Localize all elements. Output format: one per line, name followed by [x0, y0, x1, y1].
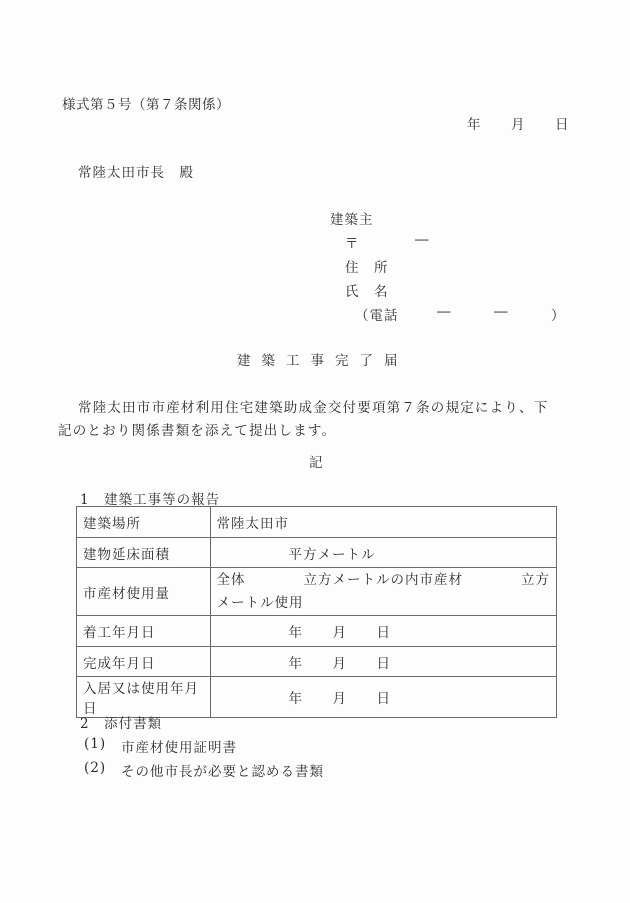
date-year: 年 — [467, 113, 481, 133]
row-value: 平方メートル — [210, 538, 557, 568]
postal-mark: 〒 — [345, 232, 359, 252]
date-day: 日 — [377, 687, 392, 707]
row-label: 完成年月日 — [77, 647, 211, 677]
row-date: 年月日 — [210, 647, 557, 677]
date-year: 年 — [289, 652, 333, 672]
table-row: 市産材使用量 全体 立方メートルの内市産材 立方メートル使用 — [77, 568, 557, 616]
row-date: 年月日 — [210, 616, 557, 647]
attachment-text: 市産材使用証明書 — [121, 736, 237, 756]
date-month: 月 — [333, 687, 377, 707]
table-row: 完成年月日 年月日 — [77, 647, 557, 677]
postal-dash: ― — [415, 232, 429, 248]
report-table: 建築場所 常陸太田市 建物延床面積 平方メートル 市産材使用量 全体 立方メート… — [76, 506, 557, 718]
date-year: 年 — [289, 621, 333, 641]
ki-heading: 記 — [309, 451, 323, 471]
phone-dash-2: ― — [494, 304, 508, 320]
table-row: 建物延床面積 平方メートル — [77, 538, 557, 568]
row-label: 建築場所 — [77, 507, 211, 538]
attachment-text: その他市長が必要と認める書類 — [121, 760, 324, 780]
date-month: 月 — [333, 652, 377, 672]
date-day: 日 — [377, 652, 392, 672]
phone-open: （電話 — [355, 304, 399, 324]
addressee: 常陸太田市長 殿 — [78, 161, 194, 181]
document-title: 建築工事完了届 — [237, 349, 409, 369]
applicant-heading: 建築主 — [330, 208, 374, 228]
attachment-num: (2) — [84, 760, 106, 776]
section1-heading: 1 建築工事等の報告 — [80, 488, 220, 508]
date-day: 日 — [555, 113, 569, 133]
row-date: 年月日 — [210, 677, 557, 718]
section2-heading: 2 添付書類 — [80, 712, 162, 732]
row-label: 市産材使用量 — [77, 568, 211, 616]
date-day: 日 — [377, 621, 392, 641]
phone-close: ） — [551, 304, 565, 324]
phone-dash-1: ― — [437, 304, 451, 320]
date-month: 月 — [511, 113, 525, 133]
table-row: 建築場所 常陸太田市 — [77, 507, 557, 538]
row-label: 着工年月日 — [77, 616, 211, 647]
table-row: 着工年月日 年月日 — [77, 616, 557, 647]
row-value: 全体 立方メートルの内市産材 立方メートル使用 — [210, 568, 557, 616]
row-value: 常陸太田市 — [210, 507, 557, 538]
address-label: 住 所 — [345, 256, 389, 276]
row-value-line1: 全体 立方メートルの内市産材 立方 — [217, 569, 551, 592]
row-value-line2: メートル使用 — [217, 592, 551, 615]
body-text: 常陸太田市市産材利用住宅建築助成金交付要項第７条の規定により、下記のとおり関係書… — [58, 397, 558, 443]
row-label: 建物延床面積 — [77, 538, 211, 568]
attachment-num: (1) — [84, 736, 106, 752]
name-label: 氏 名 — [345, 280, 389, 300]
form-number: 様式第５号（第７条関係） — [62, 93, 230, 113]
date-year: 年 — [289, 687, 333, 707]
date-month: 月 — [333, 621, 377, 641]
